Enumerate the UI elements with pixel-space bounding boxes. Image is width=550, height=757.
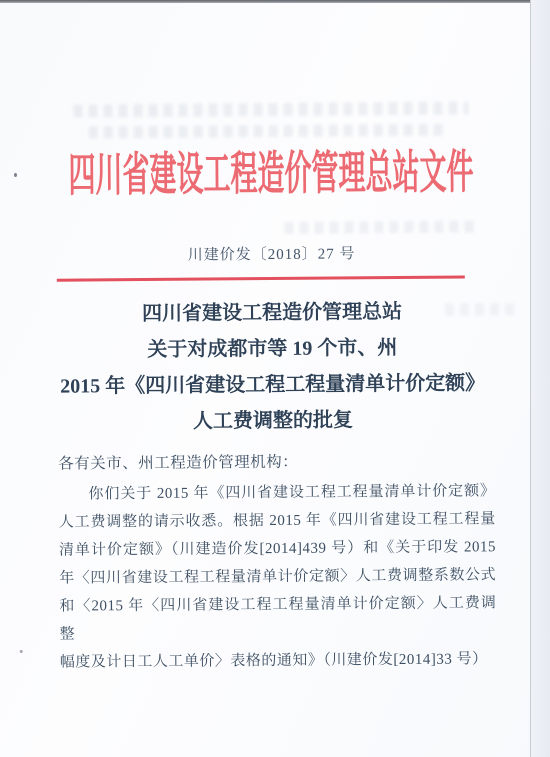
body-line: 和〈2015 年〈四川省建设工程工程量清单计价定额〉人工费调整 xyxy=(59,589,496,648)
scan-speck xyxy=(20,650,23,653)
paper-right-edge xyxy=(530,0,550,757)
body-line: 人工费调整的请示收悉。根据 2015 年《四川省建设工程工程量 xyxy=(59,505,496,536)
body-line: 你们关于 2015 年《四川省建设工程工程量清单计价定额》 xyxy=(58,477,495,508)
document-title-line-3: 2015 年《四川省建设工程工程量清单计价定额》 xyxy=(15,365,531,405)
document-title-line-4: 人工费调整的批复 xyxy=(15,401,531,441)
red-divider-line xyxy=(57,275,465,281)
bleed-through-ghost xyxy=(73,101,468,117)
salutation-line: 各有关市、州工程造价管理机构： xyxy=(58,448,495,473)
document-title-line-2: 关于对成都市等 19 个市、州 xyxy=(14,329,530,369)
red-letterhead-title: 四川省建设工程造价管理总站文件 xyxy=(13,148,529,191)
document-title-line-1: 四川省建设工程造价管理总站 xyxy=(14,293,530,333)
body-line: 年〈四川省建设工程工程量清单计价定额〉人工费调整系数公式 xyxy=(59,561,496,592)
body-paragraph: 你们关于 2015 年《四川省建设工程工程量清单计价定额》 人工费调整的请示收悉… xyxy=(58,477,497,676)
body-line: 幅度及计日工人工单价〉表格的通知》（川建价发[2014]33 号） xyxy=(60,645,497,676)
scanned-document-page: 四川省建设工程造价管理总站文件 川建价发〔2018〕27 号 四川省建设工程造价… xyxy=(0,0,550,757)
document-content: 四川省建设工程造价管理总站文件 川建价发〔2018〕27 号 四川省建设工程造价… xyxy=(12,0,534,757)
red-letterhead-text: 四川省建设工程造价管理总站文件 xyxy=(68,134,474,204)
document-reference-number: 川建价发〔2018〕27 号 xyxy=(14,241,530,266)
bleed-through-ghost xyxy=(284,220,479,234)
body-line: 清单计价定额》（川建造价发[2014]439 号）和《关于印发 2015 xyxy=(59,533,496,564)
document-title: 四川省建设工程造价管理总站 关于对成都市等 19 个市、州 2015 年《四川省… xyxy=(14,293,531,441)
